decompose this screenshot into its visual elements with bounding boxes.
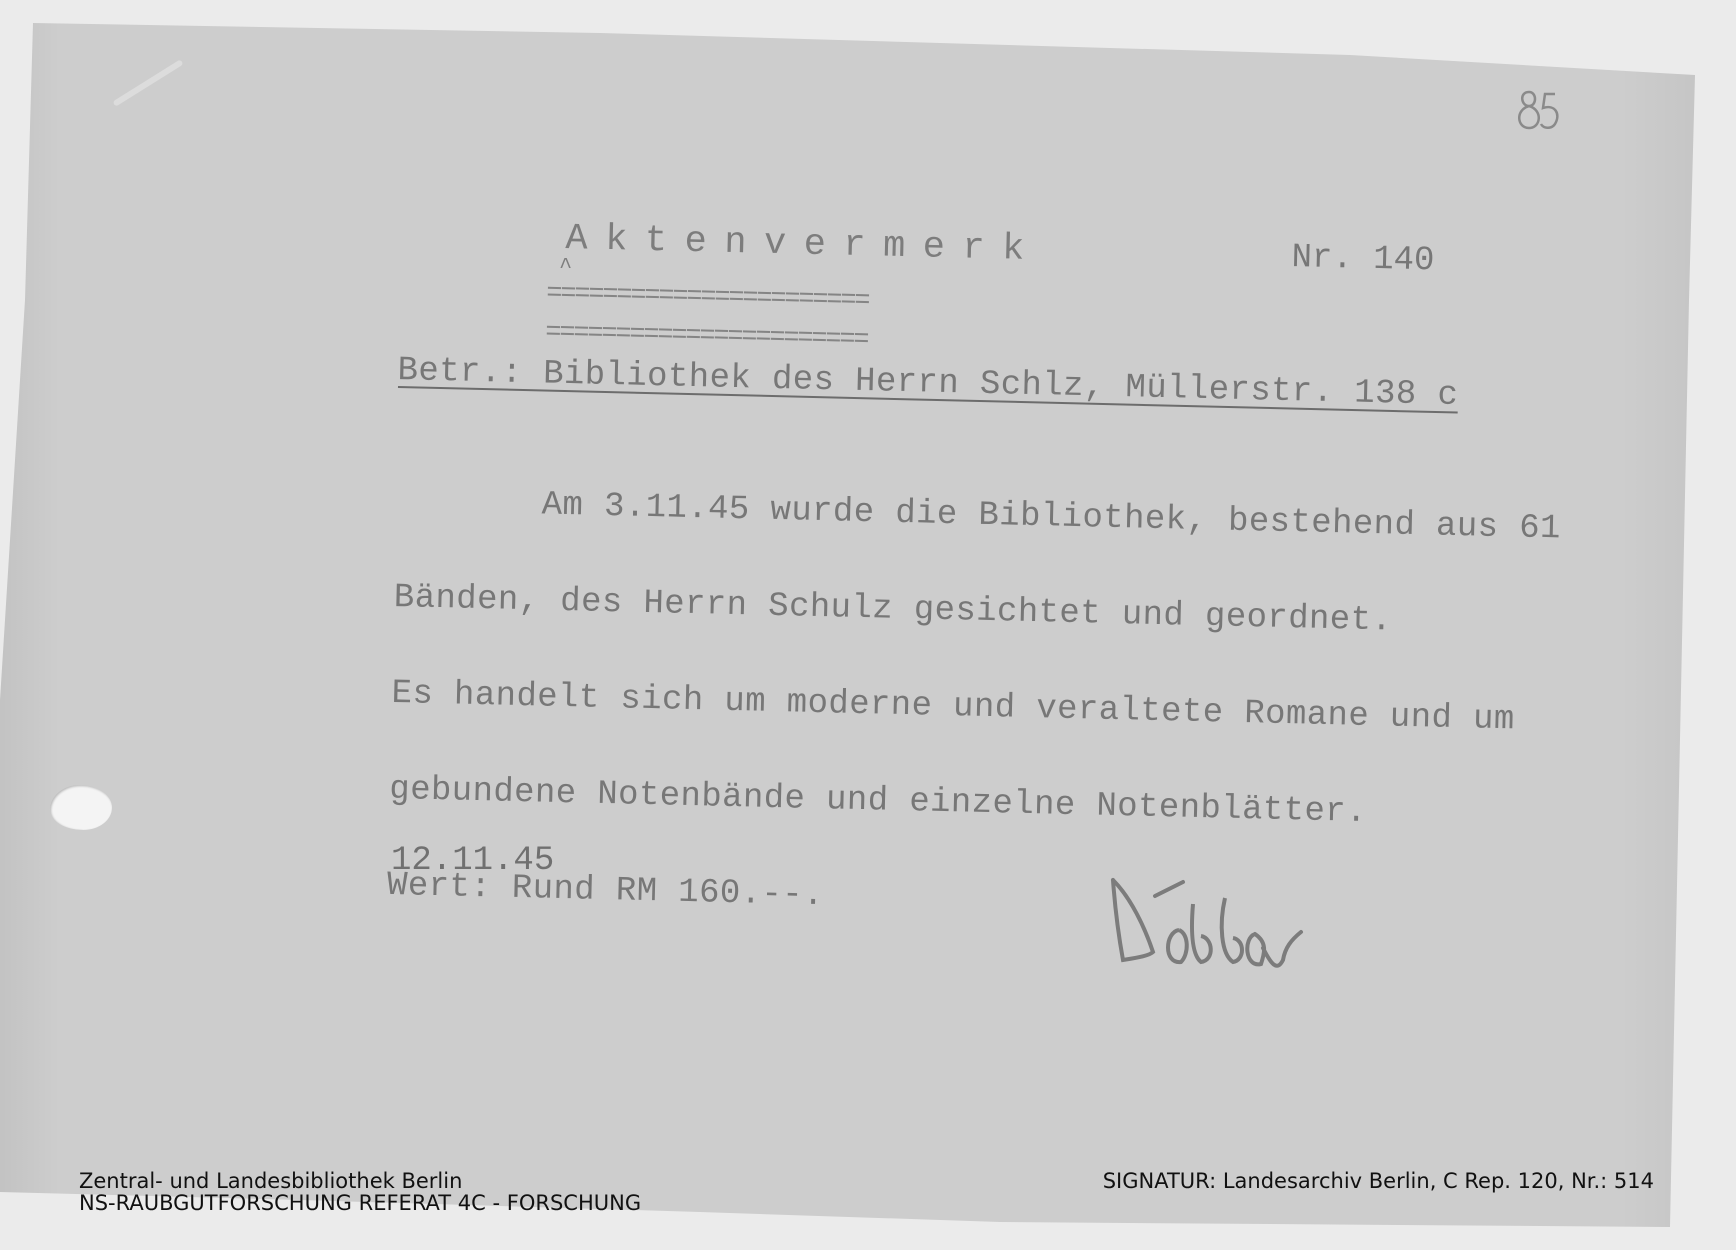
archive-signature: SIGNATUR: Landesarchiv Berlin, C Rep. 12… [1103, 1170, 1654, 1192]
underline-row-1: ======================= [546, 288, 868, 309]
memo-date: 12.11.45 [391, 842, 554, 880]
body-line: Bänden, des Herrn Schulz gesichtet und g… [393, 582, 1558, 641]
footer-institution: Zentral- und Landesbibliothek Berlin NS-… [79, 1170, 641, 1214]
handwritten-signature [1105, 868, 1305, 978]
memo-body: Am 3.11.45 wurde die Bibliothek, bestehe… [386, 422, 1563, 961]
department-name: NS-RAUBGUTFORSCHUNG REFERAT 4C - FORSCHU… [79, 1192, 641, 1214]
underline-row-2: ======================= [545, 327, 867, 348]
memo-number: Nr. 140 [1291, 239, 1435, 280]
institution-name: Zentral- und Landesbibliothek Berlin [79, 1170, 641, 1192]
body-line: gebundene Notenbände und einzelne Notenb… [389, 774, 1554, 833]
handwritten-folio-number [1515, 84, 1575, 144]
body-line: Am 3.11.45 wurde die Bibliothek, bestehe… [396, 486, 1561, 545]
body-line: Es handelt sich um moderne und veraltete… [391, 678, 1556, 737]
punch-hole [50, 785, 112, 830]
title-double-underline: ======================= ================… [545, 262, 869, 361]
body-line: Wert: Rund RM 160.--. [387, 870, 1552, 929]
